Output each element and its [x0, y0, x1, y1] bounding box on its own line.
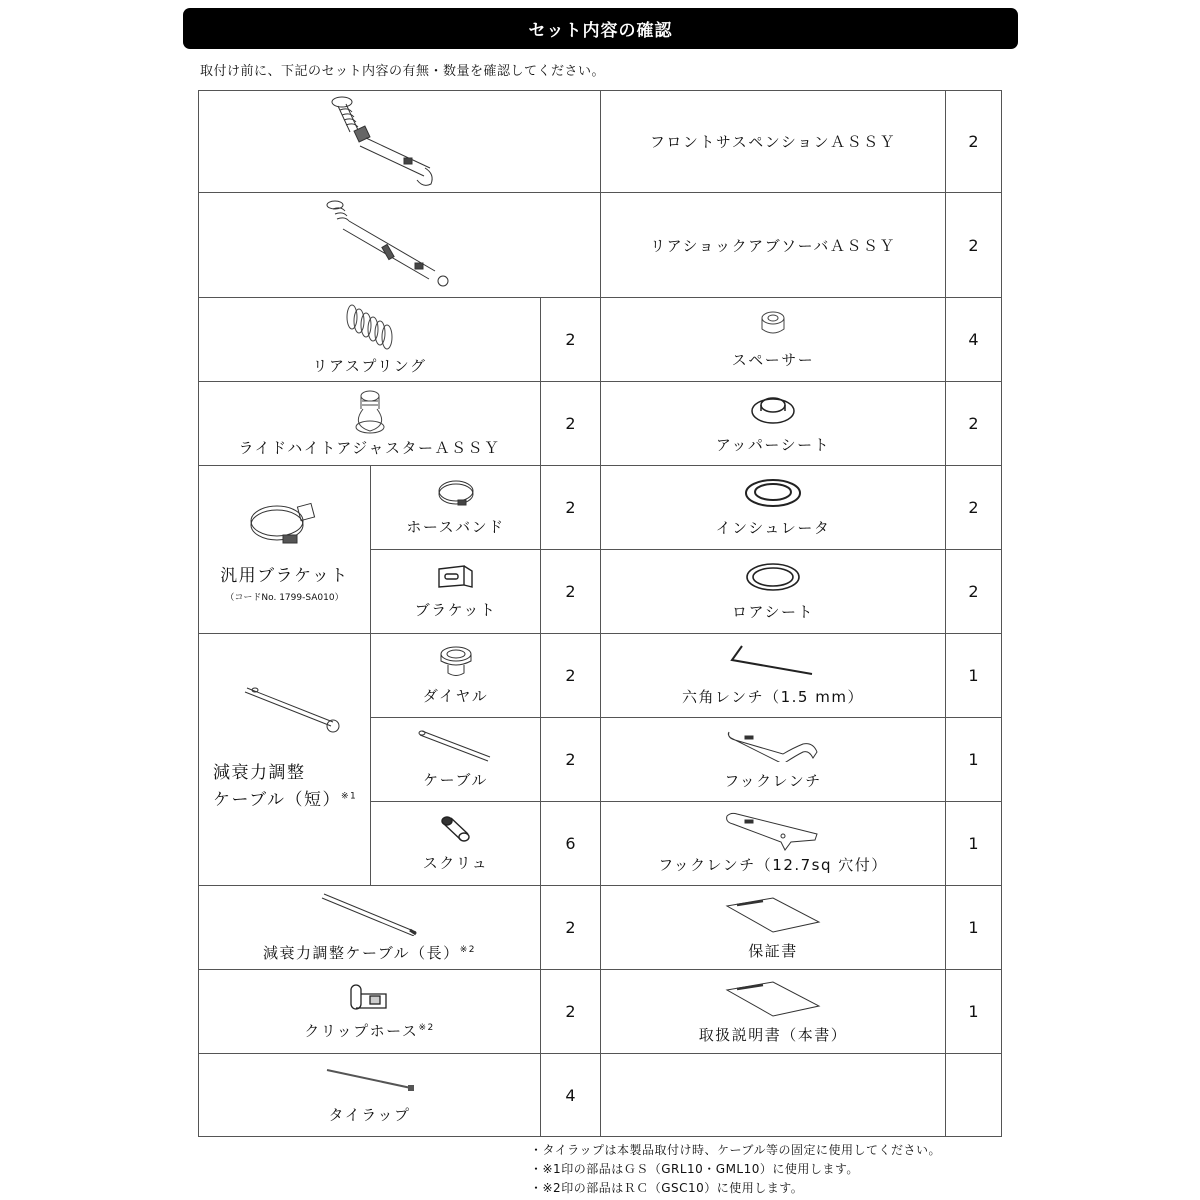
ride-height-adjuster-illustration — [348, 389, 392, 435]
front-suspension-illustration — [320, 92, 480, 192]
rear-spring-label: リアスプリング — [312, 355, 426, 376]
bracket-cell: ブラケット — [370, 549, 541, 634]
screw-illustration — [439, 814, 473, 844]
front-suspension-qty: 2 — [968, 132, 978, 151]
lower-seat-cell: ロアシート — [600, 549, 946, 634]
footnote-marker-2b: ※2 — [418, 1023, 434, 1033]
footnotes: ・タイラップは本製品取付け時、ケーブル等の固定に使用してください。 ・※1印の部… — [530, 1141, 941, 1198]
bracket-illustration — [436, 563, 476, 591]
ride-height-label: ライドハイトアジャスターＡＳＳＹ — [239, 437, 501, 458]
document-illustration — [723, 894, 823, 934]
cable-illustration — [416, 729, 496, 763]
front-suspension-label: フロントサスペンションＡＳＳＹ — [650, 131, 896, 152]
rear-shock-qty-cell: 2 — [945, 192, 1002, 298]
manual-qty: 1 — [968, 1002, 978, 1021]
front-suspension-image-cell — [198, 90, 601, 193]
footnote-marker-1: ※1 — [341, 791, 357, 801]
cable-label: ケーブル — [423, 769, 488, 790]
insulator-qty: 2 — [968, 498, 978, 517]
generic-bracket-cell: 汎用ブラケット （コードNo. 1799-SA010） — [198, 465, 371, 634]
section-title: セット内容の確認 — [529, 16, 673, 41]
dial-qty: 2 — [565, 666, 575, 685]
hex-wrench-qty-cell: 1 — [945, 633, 1002, 718]
rear-spring-qty-cell: 2 — [540, 297, 601, 382]
insulator-label: インシュレータ — [716, 517, 831, 538]
hook-wrench-qty-cell: 1 — [945, 717, 1002, 802]
rear-spring-qty: 2 — [565, 330, 575, 349]
dial-cell: ダイヤル — [370, 633, 541, 718]
hose-band-illustration — [434, 478, 478, 508]
spacer-qty-cell: 4 — [945, 297, 1002, 382]
lower-seat-label: ロアシート — [732, 601, 814, 622]
hook-wrench-sq-qty-cell: 1 — [945, 801, 1002, 886]
cable-cell: ケーブル — [370, 717, 541, 802]
empty-qty-cell — [945, 1053, 1002, 1137]
damping-cable-short-label-line2: ケーブル（短） — [213, 790, 341, 810]
intro-text: 取付け前に、下記のセット内容の有無・数量を確認してください。 — [200, 60, 605, 79]
insulator-cell: インシュレータ — [600, 465, 946, 550]
ride-height-cell: ライドハイトアジャスターＡＳＳＹ — [198, 381, 541, 466]
upper-seat-qty: 2 — [968, 414, 978, 433]
cable-qty: 2 — [565, 750, 575, 769]
front-suspension-qty-cell: 2 — [945, 90, 1002, 193]
screw-label: スクリュ — [423, 852, 489, 873]
damping-cable-long-label: 減衰力調整ケーブル（長） — [263, 944, 460, 962]
damping-cable-long-qty: 2 — [565, 918, 575, 937]
tie-wrap-illustration — [325, 1066, 415, 1094]
lower-seat-illustration — [743, 561, 803, 593]
hose-band-label: ホースバンド — [406, 516, 504, 537]
hook-wrench-illustration — [725, 728, 821, 762]
hook-wrench-qty: 1 — [968, 750, 978, 769]
hose-band-qty-cell: 2 — [540, 465, 601, 550]
tie-wrap-label: タイラップ — [329, 1104, 411, 1125]
bracket-label: ブラケット — [415, 599, 497, 620]
cable-long-illustration — [320, 892, 420, 936]
screw-qty: 6 — [565, 834, 575, 853]
hex-wrench-illustration — [728, 644, 818, 680]
screw-cell: スクリュ — [370, 801, 541, 886]
front-suspension-label-cell: フロントサスペンションＡＳＳＹ — [600, 90, 946, 193]
spacer-label: スペーサー — [732, 349, 815, 370]
warranty-qty: 1 — [968, 918, 978, 937]
insulator-illustration — [743, 477, 803, 509]
warranty-qty-cell: 1 — [945, 885, 1002, 970]
manual-label: 取扱説明書（本書） — [699, 1024, 848, 1045]
lower-seat-qty: 2 — [968, 582, 978, 601]
upper-seat-illustration — [750, 392, 796, 426]
manual-cell: 取扱説明書（本書） — [600, 969, 946, 1054]
dial-qty-cell: 2 — [540, 633, 601, 718]
upper-seat-qty-cell: 2 — [945, 381, 1002, 466]
hex-wrench-label: 六角レンチ（1.5 mm） — [682, 686, 864, 707]
clip-hose-cell: クリップホース※2 — [198, 969, 541, 1054]
hook-wrench-cell: フックレンチ — [600, 717, 946, 802]
rear-shock-label: リアショックアブソーバＡＳＳＹ — [650, 235, 896, 256]
hex-wrench-cell: 六角レンチ（1.5 mm） — [600, 633, 946, 718]
generic-bracket-illustration — [245, 497, 325, 547]
spacer-cell: スペーサー — [600, 297, 946, 382]
cable-qty-cell: 2 — [540, 717, 601, 802]
rear-shock-label-cell: リアショックアブソーバＡＳＳＹ — [600, 192, 946, 298]
section-title-banner: セット内容の確認 — [183, 8, 1018, 49]
clip-hose-label: クリップホース — [304, 1022, 418, 1040]
warranty-label: 保証書 — [748, 940, 798, 961]
insulator-qty-cell: 2 — [945, 465, 1002, 550]
upper-seat-label: アッパーシート — [716, 434, 830, 455]
rear-spring-cell: リアスプリング — [198, 297, 541, 382]
hex-wrench-qty: 1 — [968, 666, 978, 685]
empty-cell — [600, 1053, 946, 1137]
warranty-cell: 保証書 — [600, 885, 946, 970]
lower-seat-qty-cell: 2 — [945, 549, 1002, 634]
hose-band-qty: 2 — [565, 498, 575, 517]
clip-hose-illustration — [348, 982, 392, 1012]
bracket-qty: 2 — [565, 582, 575, 601]
damping-cable-long-cell: 減衰力調整ケーブル（長）※2 — [198, 885, 541, 970]
rear-shock-qty: 2 — [968, 236, 978, 255]
bracket-qty-cell: 2 — [540, 549, 601, 634]
manual-qty-cell: 1 — [945, 969, 1002, 1054]
cable-short-illustration — [231, 684, 341, 744]
tie-wrap-qty: 4 — [565, 1086, 575, 1105]
spacer-illustration — [758, 309, 788, 339]
coil-spring-illustration — [340, 303, 400, 351]
damping-cable-short-cell: 減衰力調整 ケーブル（短）※1 — [198, 633, 371, 886]
generic-bracket-code: （コードNo. 1799-SA010） — [225, 590, 343, 603]
dial-label: ダイヤル — [423, 685, 489, 706]
hook-wrench-sq-label: フックレンチ（12.7sq 穴付） — [658, 854, 888, 875]
ride-height-qty: 2 — [565, 414, 575, 433]
document-illustration — [723, 978, 823, 1018]
damping-cable-short-label-line1: 減衰力調整 — [213, 758, 306, 783]
clip-hose-qty-cell: 2 — [540, 969, 601, 1054]
dial-illustration — [438, 645, 474, 681]
footnote-1: ・※1印の部品はＧＳ（GRL10・GML10）に使用します。 — [530, 1160, 941, 1179]
footnote-2: ・※2印の部品はＲＣ（GSC10）に使用します。 — [530, 1179, 941, 1198]
hook-wrench-label: フックレンチ — [724, 770, 822, 791]
hook-wrench-sq-cell: フックレンチ（12.7sq 穴付） — [600, 801, 946, 886]
rear-shock-image-cell — [198, 192, 601, 298]
damping-cable-long-qty-cell: 2 — [540, 885, 601, 970]
generic-bracket-label: 汎用ブラケット — [220, 561, 349, 586]
rear-shock-illustration — [315, 195, 485, 295]
ride-height-qty-cell: 2 — [540, 381, 601, 466]
clip-hose-qty: 2 — [565, 1002, 575, 1021]
footnote-marker-2: ※2 — [460, 945, 476, 955]
footnote-tie-wrap: ・タイラップは本製品取付け時、ケーブル等の固定に使用してください。 — [530, 1141, 941, 1160]
tie-wrap-qty-cell: 4 — [540, 1053, 601, 1137]
spacer-qty: 4 — [968, 330, 978, 349]
upper-seat-cell: アッパーシート — [600, 381, 946, 466]
hook-wrench-sq-qty: 1 — [968, 834, 978, 853]
hook-wrench-sq-illustration — [723, 812, 823, 852]
hose-band-cell: ホースバンド — [370, 465, 541, 550]
tie-wrap-cell: タイラップ — [198, 1053, 541, 1137]
screw-qty-cell: 6 — [540, 801, 601, 886]
